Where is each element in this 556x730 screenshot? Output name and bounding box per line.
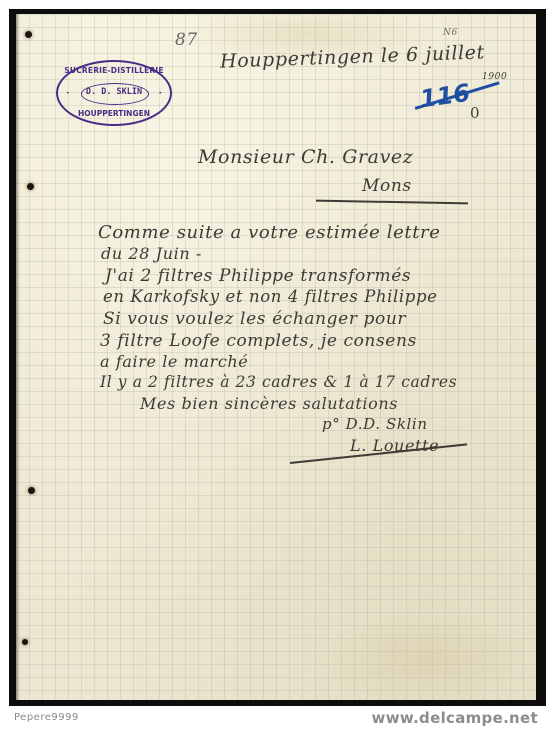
body-line-2: du 28 Juin - xyxy=(101,244,202,263)
scanned-letter-canvas: SUCRERIE-DISTILLERIE • D. D. SKLIN • HOU… xyxy=(0,0,556,730)
body-line-7: a faire le marché xyxy=(100,352,248,371)
stamp-company-type: SUCRERIE-DISTILLERIE xyxy=(58,66,170,75)
recipient-salutation: Monsieur Ch. Gravez xyxy=(198,146,413,168)
stamp-town: HOUPPERTINGEN xyxy=(58,109,170,118)
date-year: 1900 xyxy=(482,72,507,82)
body-line-5: Si vous voulez les échanger pour xyxy=(103,309,406,329)
top-annotation: N6 xyxy=(443,28,458,38)
circle-mark: 0 xyxy=(470,104,480,122)
punch-hole-icon xyxy=(25,31,32,38)
stamp-company-name: D. D. SKLIN xyxy=(58,87,170,97)
paper-stain xyxy=(316,614,536,700)
body-line-8: Il y a 2 filtres à 23 cadres & 1 à 17 ca… xyxy=(100,373,457,391)
body-line-1: Comme suite a votre estimée lettre xyxy=(98,222,441,243)
seller-watermark: Pepere9999 xyxy=(14,712,79,723)
body-line-3: J'ai 2 filtres Philippe transformés xyxy=(105,266,411,286)
punch-hole-icon xyxy=(22,639,28,645)
stamp-ornament-right: • xyxy=(158,90,162,97)
closing-salutation: Mes bien sincères salutations xyxy=(140,394,398,413)
letterhead-stamp: SUCRERIE-DISTILLERIE • D. D. SKLIN • HOU… xyxy=(56,60,172,126)
body-line-6: 3 filtre Loofe complets, je consens xyxy=(100,331,417,351)
paper-edge-shadow xyxy=(16,14,20,700)
punch-hole-icon xyxy=(28,487,35,494)
recipient-city: Mons xyxy=(362,176,412,196)
signature-per-line: p° D.D. Sklin xyxy=(322,415,428,433)
site-watermark: www.delcampe.net xyxy=(372,709,538,727)
punch-hole-icon xyxy=(27,183,34,190)
body-line-4: en Karkofsky et non 4 filtres Philippe xyxy=(103,287,437,306)
archive-number: 87 xyxy=(175,30,198,50)
